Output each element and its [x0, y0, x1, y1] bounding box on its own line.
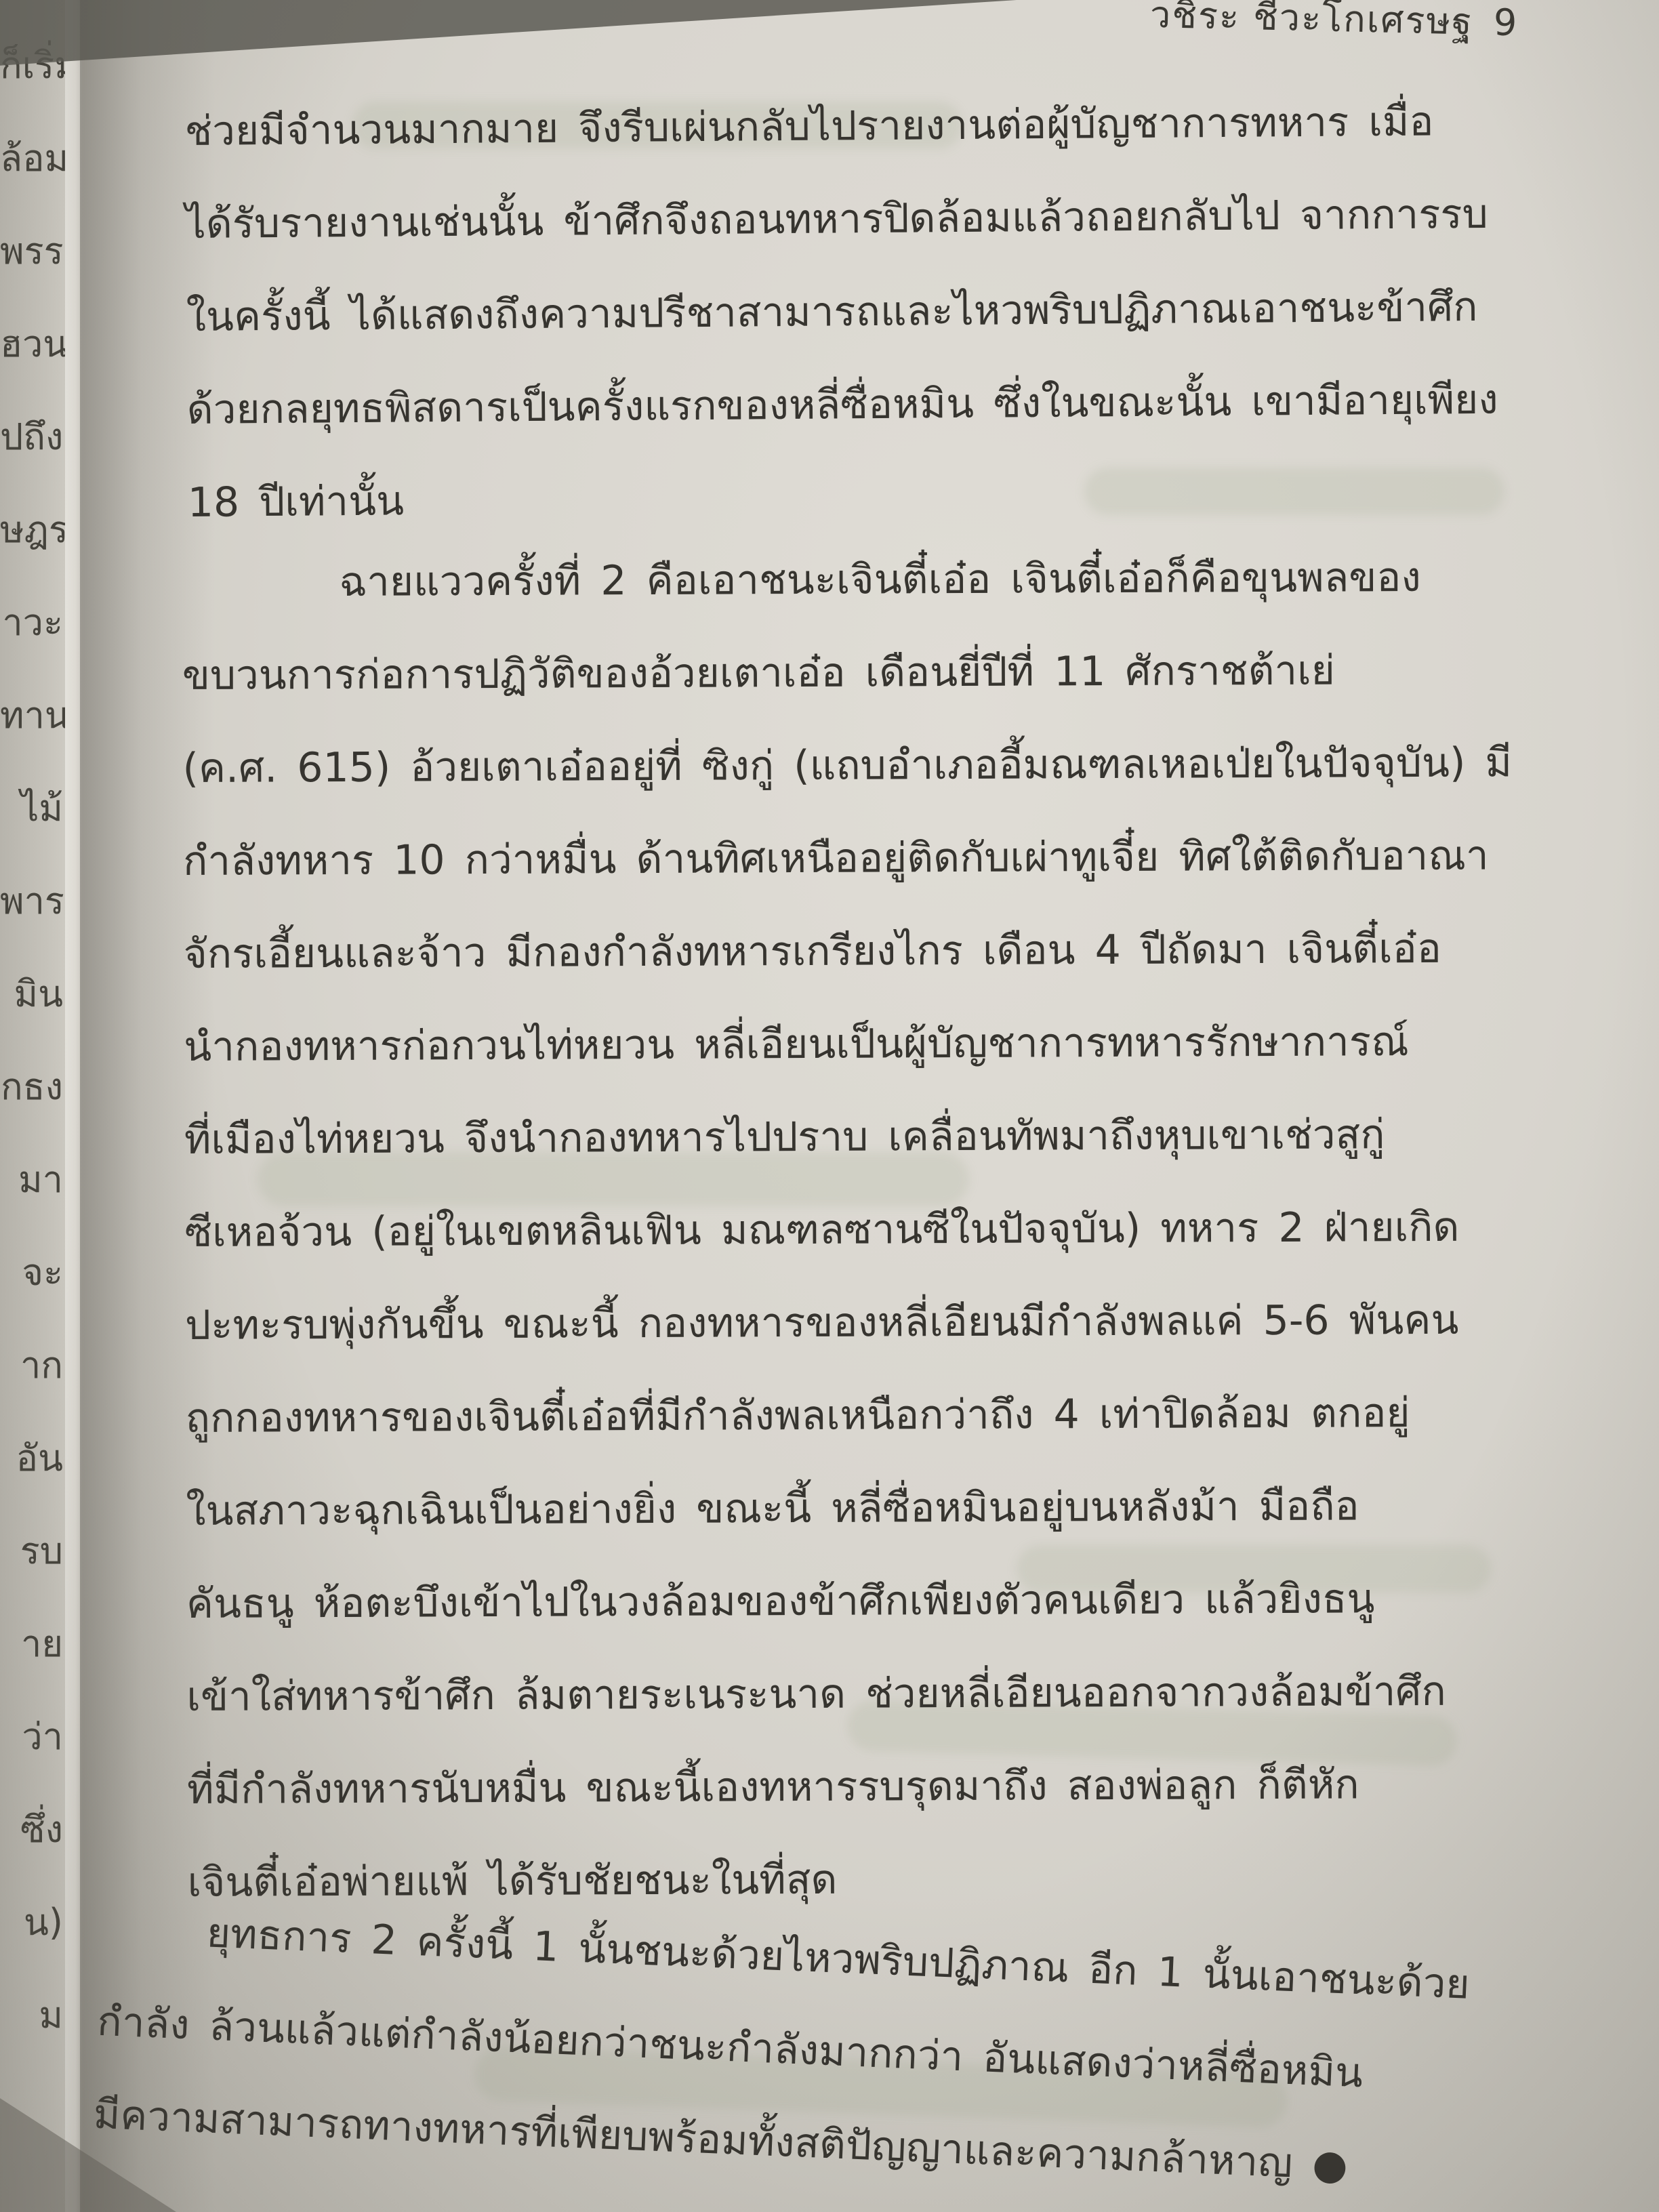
text-line: จักรเอี้ยนและจ้าว มีกองกำลังทหารเกรียงไก… [183, 902, 1513, 1001]
text-line: ปะทะรบพุ่งกันขึ้น ขณะนี้ กองทหารของหลี่เ… [185, 1273, 1515, 1372]
text-line: ฉายแววครั้งที่ 2 คือเอาชนะเจินตี๋เอ๋อ เจ… [182, 531, 1511, 630]
text-line: ขบวนการก่อการปฏิวัติของอ้วยเตาเอ๋อ เดือน… [182, 623, 1512, 722]
page-number: 9 [1493, 1, 1519, 44]
text-line: กำลังทหาร 10 กว่าหมื่น ด้านทิศเหนืออยู่ต… [183, 809, 1513, 908]
text-line: ในครั้งนี้ ได้แสดงถึงความปรีชาสามารถและไ… [186, 261, 1498, 364]
text-line: เข้าใส่ทหารข้าศึก ล้มตายระเนระนาด ช่วยหล… [186, 1645, 1516, 1744]
text-line: ที่เมืองไท่หยวน จึงนำกองทหารไปปราบ เคลื่… [184, 1088, 1514, 1187]
book-page: วชิระ ชีวะโกเศรษฐ9 ช่วยมีจำนวนมากมาย จึง… [0, 0, 1659, 2212]
running-title: วชิระ ชีวะโกเศรษฐ [1149, 0, 1473, 43]
text-line: ด้วยกลยุทธพิสดารเป็นครั้งแรกของหลี่ซื่อห… [186, 354, 1498, 457]
text-line: ช่วยมีจำนวนมากมาย จึงรีบเผ่นกลับไปรายงาน… [184, 75, 1496, 178]
book-page-photo: ก็เริ่มล้อมพรรดิฮวนปถึงษฎราวะทานไม้พารมิ… [0, 0, 1659, 2212]
text-line: ซีเหอจ้วน (อยู่ในเขตหลินเฟิน มณฑลซานซีใน… [184, 1181, 1514, 1279]
paragraph-1: ช่วยมีจำนวนมากมาย จึงรีบเผ่นกลับไปรายงาน… [184, 75, 1499, 550]
text-line: ถูกกองทหารของเจินตี๋เอ๋อที่มีกำลังพลเหนื… [185, 1366, 1515, 1465]
page-header: วชิระ ชีวะโกเศรษฐ9 [1149, 0, 1519, 52]
text-line: ได้รับรายงานเช่นนั้น ข้าศึกจึงถอนทหารปิด… [185, 168, 1497, 271]
paragraph-2: ฉายแววครั้งที่ 2 คือเอาชนะเจินตี๋เอ๋อ เจ… [182, 531, 1517, 1929]
text-line: ที่มีกำลังทหารนับหมื่น ขณะนี้เองทหารรบรุ… [187, 1738, 1517, 1837]
paragraph-3: ยุทธการ 2 ครั้งนี้ 1 นั้นชนะด้วยไหวพริบป… [91, 1883, 1471, 2212]
text-line: (ค.ศ. 615) อ้วยเตาเอ๋ออยู่ที่ ซิงกู่ (แถ… [182, 716, 1512, 815]
text-line: ในสภาวะฉุกเฉินเป็นอย่างยิ่ง ขณะนี้ หลี่ซ… [186, 1459, 1515, 1558]
text-line: นำกองทหารก่อกวนไท่หยวน หลี่เอียนเป็นผู้บ… [184, 995, 1513, 1094]
text-line: คันธนู ห้อตะบึงเข้าไปในวงล้อมของข้าศึกเพ… [186, 1552, 1516, 1651]
